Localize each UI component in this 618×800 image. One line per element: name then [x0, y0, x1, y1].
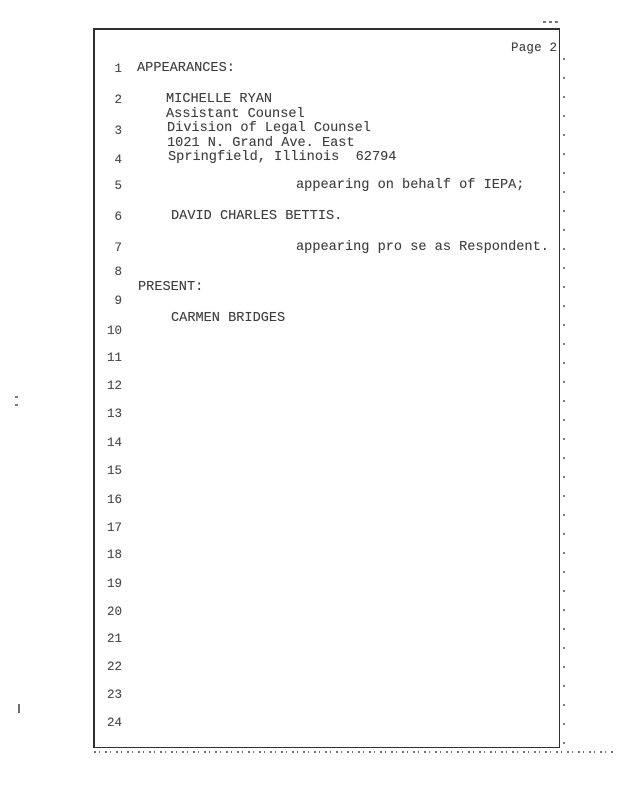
scan-artifact-top-noise	[543, 21, 561, 23]
line-number: 6	[96, 210, 122, 224]
scan-artifact-bottom-noise	[94, 751, 616, 753]
line-number: 7	[96, 241, 122, 255]
scan-artifact-right-specks	[563, 58, 565, 748]
transcript-line: CARMEN BRIDGES	[171, 312, 285, 327]
line-number: 5	[96, 179, 122, 193]
scanned-transcript-page: Page 2 123456789101112131415161718192021…	[0, 0, 618, 800]
line-number: 20	[96, 605, 122, 619]
transcript-line: PRESENT:	[138, 281, 203, 296]
transcript-line: Springfield, Illinois 62794	[168, 151, 396, 166]
transcript-line: MICHELLE RYAN	[166, 93, 272, 108]
line-number: 11	[96, 351, 122, 365]
scan-artifact-left-dots	[15, 396, 18, 409]
line-number: 4	[96, 153, 122, 167]
transcript-line: Division of Legal Counsel	[167, 122, 371, 137]
transcript-line: APPEARANCES:	[137, 62, 235, 77]
line-number: 17	[96, 521, 122, 535]
line-number: 16	[96, 493, 122, 507]
line-number: 9	[96, 294, 122, 308]
line-number: 3	[96, 124, 122, 138]
line-number: 18	[96, 548, 122, 562]
line-number: 8	[96, 265, 122, 279]
line-number: 22	[96, 660, 122, 674]
line-number: 1	[96, 62, 122, 76]
line-number: 15	[96, 464, 122, 478]
line-number: 24	[96, 716, 122, 730]
line-number: 13	[96, 407, 122, 421]
line-number: 14	[96, 436, 122, 450]
transcript-line: DAVID CHARLES BETTIS.	[171, 210, 342, 225]
line-number: 19	[96, 577, 122, 591]
transcript-line: appearing on behalf of IEPA;	[296, 179, 524, 194]
line-number: 12	[96, 379, 122, 393]
scan-artifact-left-mark	[18, 704, 20, 713]
line-number: 23	[96, 688, 122, 702]
line-number: 2	[96, 93, 122, 107]
page-number-label: Page 2	[511, 41, 557, 55]
line-number: 21	[96, 632, 122, 646]
transcript-line: appearing pro se as Respondent.	[296, 241, 549, 256]
line-number: 10	[96, 324, 122, 338]
